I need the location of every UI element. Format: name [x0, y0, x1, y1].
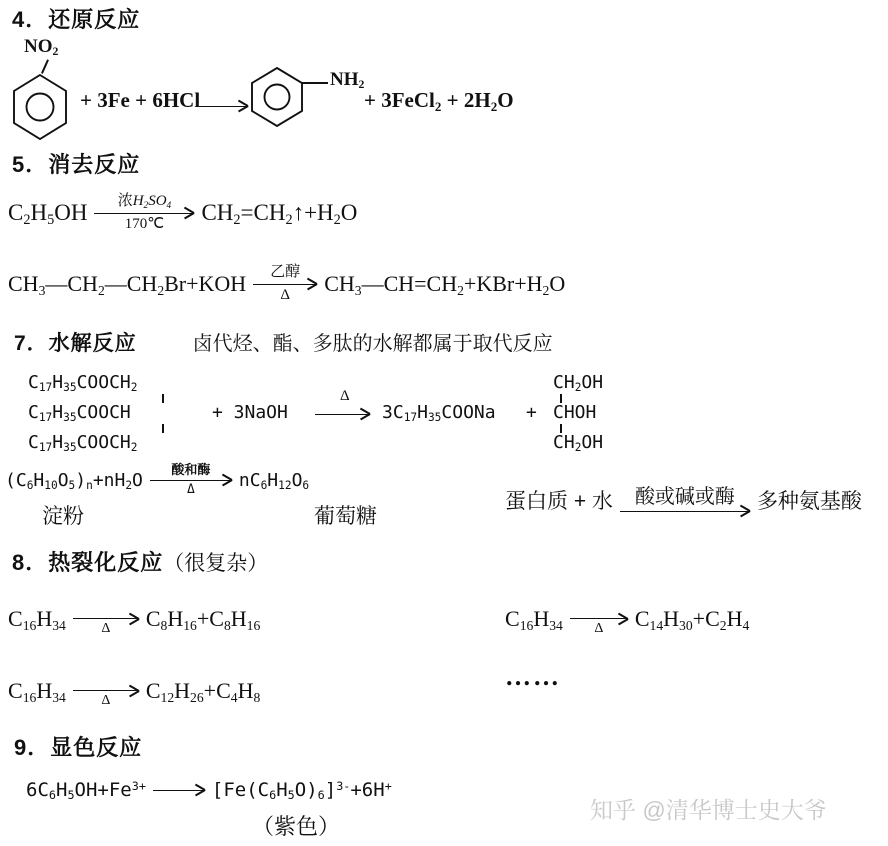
- arrow-condition-above: 酸和酶: [168, 463, 213, 478]
- nh2-label: NH2: [330, 69, 364, 91]
- equation-text: [Fe(C6H5O)6]3-+6H+: [212, 779, 392, 801]
- section-5-title: 5．消去反应: [12, 148, 140, 179]
- equation-text: C12H26+C4H8: [146, 678, 260, 704]
- elimination-reaction-1: C2H5OH 浓H2SO4 170℃ CH2=CH2↑+H2O: [8, 186, 357, 240]
- bond-line: [560, 424, 562, 433]
- bond-line: [560, 394, 562, 403]
- purple-color-note: （紫色）: [252, 810, 340, 841]
- section-4-title: 4．还原反应: [12, 3, 140, 34]
- reaction-arrow: 酸或碱或酶: [620, 486, 750, 514]
- equation-text: 6C6H5OH+Fe3+: [26, 779, 146, 801]
- arrow-condition-below: Δ: [98, 693, 113, 709]
- arrow-condition-below: Δ: [591, 621, 606, 637]
- reaction-arrow: Δ: [570, 616, 628, 637]
- section-7-title: 7．水解反应: [14, 327, 137, 357]
- cracking-reaction-1: C16H34 Δ C8H16+C8H16: [8, 594, 260, 644]
- reaction-arrow: [153, 788, 205, 793]
- arrow-condition-below: 170℃: [122, 216, 167, 233]
- arrow-condition-above: 乙醇: [267, 264, 303, 281]
- cracking-reaction-2: C16H34 Δ C14H30+C2H4: [505, 594, 749, 644]
- chemistry-notes-page: 4．还原反应 NO2 + 3Fe + 6HCl NH2 + 3FeCl2 + 2…: [0, 0, 888, 846]
- watermark: 知乎 @清华博士史大爷: [590, 792, 827, 825]
- bond-line: [162, 394, 164, 403]
- arrow-condition-above: 酸或碱或酶: [632, 486, 738, 509]
- glycerol-line-1: CH2OH: [553, 372, 603, 393]
- equation-text: 蛋白质 + 水: [505, 485, 613, 515]
- equation-text: + 3FeCl2 + 2H2O: [364, 88, 514, 113]
- glycerol-line-2: CHOH: [553, 402, 596, 423]
- starch-label: 淀粉: [42, 500, 84, 530]
- fat-line-2: C17H35COOCH: [28, 402, 131, 423]
- arrow-shaft: [150, 480, 232, 481]
- protein-hydrolysis-reaction: 蛋白质 + 水 酸或碱或酶 多种氨基酸: [505, 476, 862, 524]
- ellipsis: ……: [505, 662, 561, 692]
- arrow-condition-below: Δ: [277, 287, 293, 304]
- equation-text: CH2=CH2↑+H2O: [201, 200, 357, 226]
- section-8-title: 8．热裂化反应: [12, 546, 163, 577]
- section-8-note: （很复杂）: [163, 547, 268, 577]
- arrow-shaft: [570, 618, 628, 619]
- arrow-shaft: [253, 284, 317, 285]
- equation-text: + 3Fe + 6HCl: [80, 88, 200, 113]
- fat-hydrolysis-reaction: C17H35COOCH2 C17H35COOCH C17H35COOCH2 + …: [10, 372, 880, 464]
- section-7-note: 卤代烃、酯、多肽的水解都属于取代反应: [193, 327, 553, 356]
- reaction-arrow: [315, 414, 370, 415]
- arrow-shaft: [73, 690, 139, 691]
- equation-text: C2H5OH: [8, 200, 87, 226]
- arrow-condition-below: Δ: [98, 621, 113, 637]
- reaction-arrow: Δ: [73, 616, 139, 637]
- cracking-reaction-3: C16H34 Δ C12H26+C4H8: [8, 666, 260, 716]
- arrow-condition-above: 浓H2SO4: [115, 193, 175, 210]
- arrow-shaft: [620, 511, 750, 512]
- equation-text: CH3—CH2—CH2Br+KOH: [8, 271, 246, 297]
- reaction-arrow: Δ: [73, 688, 139, 709]
- section-8-title-row: 8．热裂化反应 （很复杂）: [12, 546, 268, 577]
- equation-text: C14H30+C2H4: [635, 606, 749, 632]
- arrow-shaft: [73, 618, 139, 619]
- section-9-title: 9．显色反应: [14, 731, 142, 762]
- color-reaction: 6C6H5OH+Fe3+ [Fe(C6H5O)6]3-+6H+: [26, 768, 392, 812]
- plus-sign: +: [526, 402, 537, 423]
- arrow-condition-above: Δ: [340, 388, 350, 405]
- fat-line-1: C17H35COOCH2: [28, 372, 137, 393]
- equation-text: C16H34: [8, 606, 66, 632]
- arrow-shaft: [153, 790, 205, 791]
- elimination-reaction-2: CH3—CH2—CH2Br+KOH 乙醇 Δ CH3—CH=CH2+KBr+H2…: [8, 258, 565, 310]
- bond-line: [302, 82, 328, 84]
- reaction-arrow: [196, 106, 248, 107]
- equation-text: nC6H12O6: [239, 470, 309, 491]
- equation-text: CH3—CH=CH2+KBr+H2O: [324, 271, 565, 297]
- no2-label: NO2: [24, 36, 58, 58]
- benzene-ring: [10, 73, 70, 141]
- glucose-label: 葡萄糖: [314, 500, 377, 530]
- bond-line: [41, 59, 49, 73]
- reaction-arrow: 浓H2SO4 170℃: [94, 193, 194, 233]
- equation-text: + 3NaOH: [212, 402, 288, 423]
- glycerol-line-3: CH2OH: [553, 432, 603, 453]
- arrow-condition-below: Δ: [184, 483, 198, 498]
- section-7-title-row: 7．水解反应 卤代烃、酯、多肽的水解都属于取代反应: [14, 327, 553, 357]
- reaction-arrow: 酸和酶 Δ: [150, 463, 232, 498]
- equation-text: C8H16+C8H16: [146, 606, 260, 632]
- starch-hydrolysis-reaction: (C6H10O5)n+nH2O 酸和酶 Δ nC6H12O6: [5, 458, 309, 502]
- arrow-shaft: [94, 213, 194, 214]
- equation-text: C16H34: [505, 606, 563, 632]
- equation-text: (C6H10O5)n+nH2O: [5, 470, 143, 491]
- equation-text: 3C17H35COONa: [382, 402, 496, 423]
- equation-text: 多种氨基酸: [757, 485, 862, 515]
- reaction-arrow: 乙醇 Δ: [253, 264, 317, 304]
- bond-line: [162, 424, 164, 433]
- equation-text: C16H34: [8, 678, 66, 704]
- fat-line-3: C17H35COOCH2: [28, 432, 137, 453]
- benzene-ring: [248, 66, 306, 128]
